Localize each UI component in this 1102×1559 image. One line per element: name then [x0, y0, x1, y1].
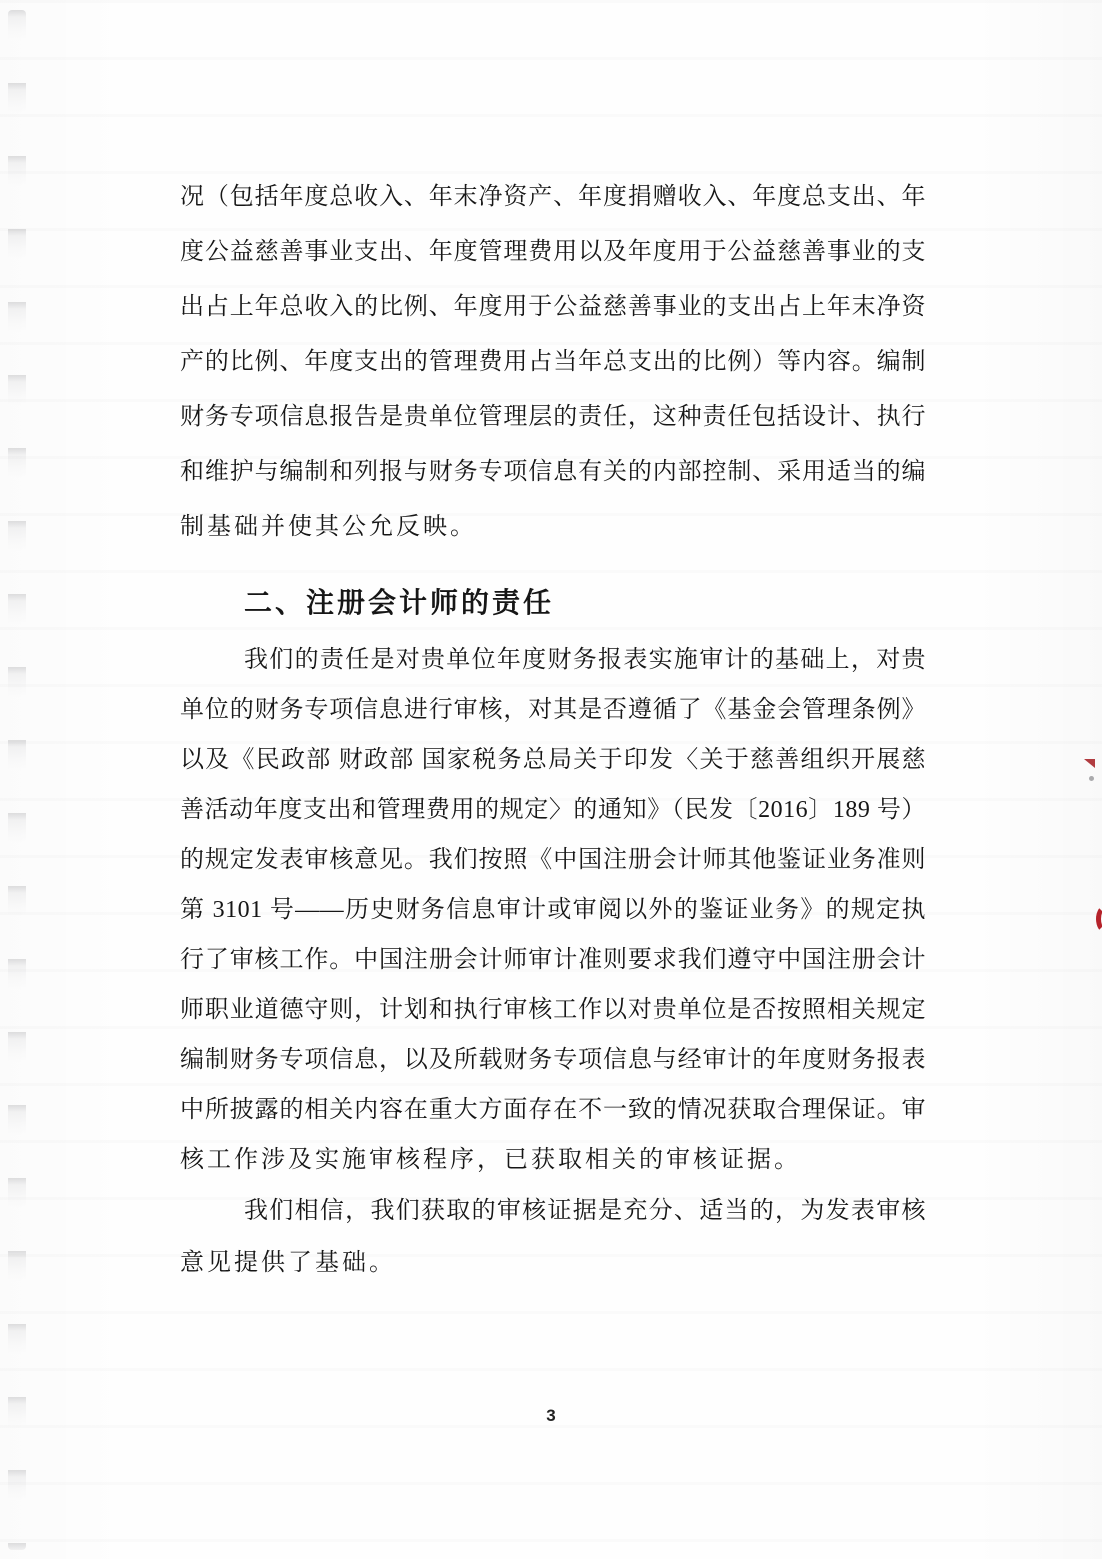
document-body: 况（包括年度总收入、年末净资产、年度捐赠收入、年度总支出、年 度公益慈善事业支出… [180, 170, 926, 1289]
text-line: 以及《民政部 财政部 国家税务总局关于印发〈关于慈善组织开展慈 [180, 735, 926, 785]
text-line: 产的比例、年度支出的管理费用占当年总支出的比例）等内容。编制 [180, 335, 926, 390]
binding-marks [8, 10, 26, 1550]
text-line: 我们相信，我们获取的审核证据是充分、适当的，为发表审核 [180, 1185, 926, 1237]
text-line: 行了审核工作。中国注册会计师审计准则要求我们遵守中国注册会计 [180, 935, 926, 985]
text-line: 善活动年度支出和管理费用的规定〉的通知》（民发〔2016〕189 号） [180, 785, 926, 835]
text-line: 编制财务专项信息，以及所载财务专项信息与经审计的年度财务报表 [180, 1035, 926, 1085]
text-line: 中所披露的相关内容在重大方面存在不一致的情况获取合理保证。审 [180, 1085, 926, 1135]
page-number: 3 [0, 1406, 1102, 1426]
text-line: 的规定发表审核意见。我们按照《中国注册会计师其他鉴证业务准则 [180, 835, 926, 885]
text-line: 和维护与编制和列报与财务专项信息有关的内部控制、采用适当的编 [180, 445, 926, 500]
paragraph-auditor-responsibility: 我们的责任是对贵单位年度财务报表实施审计的基础上，对贵 单位的财务专项信息进行审… [180, 635, 926, 1185]
text-line: 财务专项信息报告是贵单位管理层的责任，这种责任包括设计、执行 [180, 390, 926, 445]
gray-speck-mark [1089, 776, 1094, 781]
text-line: 出占上年总收入的比例、年度用于公益慈善事业的支出占上年末净资 [180, 280, 926, 335]
text-line: 第 3101 号——历史财务信息审计或审阅以外的鉴证业务》的规定执 [180, 885, 926, 935]
text-line: 度公益慈善事业支出、年度管理费用以及年度用于公益慈善事业的支 [180, 225, 926, 280]
text-line: 我们的责任是对贵单位年度财务报表实施审计的基础上，对贵 [180, 635, 926, 685]
text-line: 意见提供了基础。 [180, 1237, 926, 1289]
text-line: 况（包括年度总收入、年末净资产、年度捐赠收入、年度总支出、年 [180, 170, 926, 225]
scanned-document-page: 况（包括年度总收入、年末净资产、年度捐赠收入、年度总支出、年 度公益慈善事业支出… [0, 0, 1102, 1559]
paragraph-conclusion: 我们相信，我们获取的审核证据是充分、适当的，为发表审核 意见提供了基础。 [180, 1185, 926, 1289]
text-line: 制基础并使其公允反映。 [180, 500, 926, 555]
text-line: 单位的财务专项信息进行审核，对其是否遵循了《基金会管理条例》 [180, 685, 926, 735]
text-line: 核工作涉及实施审核程序，已获取相关的审核证据。 [180, 1135, 926, 1185]
text-line: 师职业道德守则，计划和执行审核工作以对贵单位是否按照相关规定 [180, 985, 926, 1035]
section-heading: 二、注册会计师的责任 [180, 579, 926, 629]
paragraph-continuation: 况（包括年度总收入、年末净资产、年度捐赠收入、年度总支出、年 度公益慈善事业支出… [180, 170, 926, 555]
red-ink-crescent-mark [1096, 905, 1102, 933]
red-ink-wedge-mark [1084, 759, 1095, 768]
